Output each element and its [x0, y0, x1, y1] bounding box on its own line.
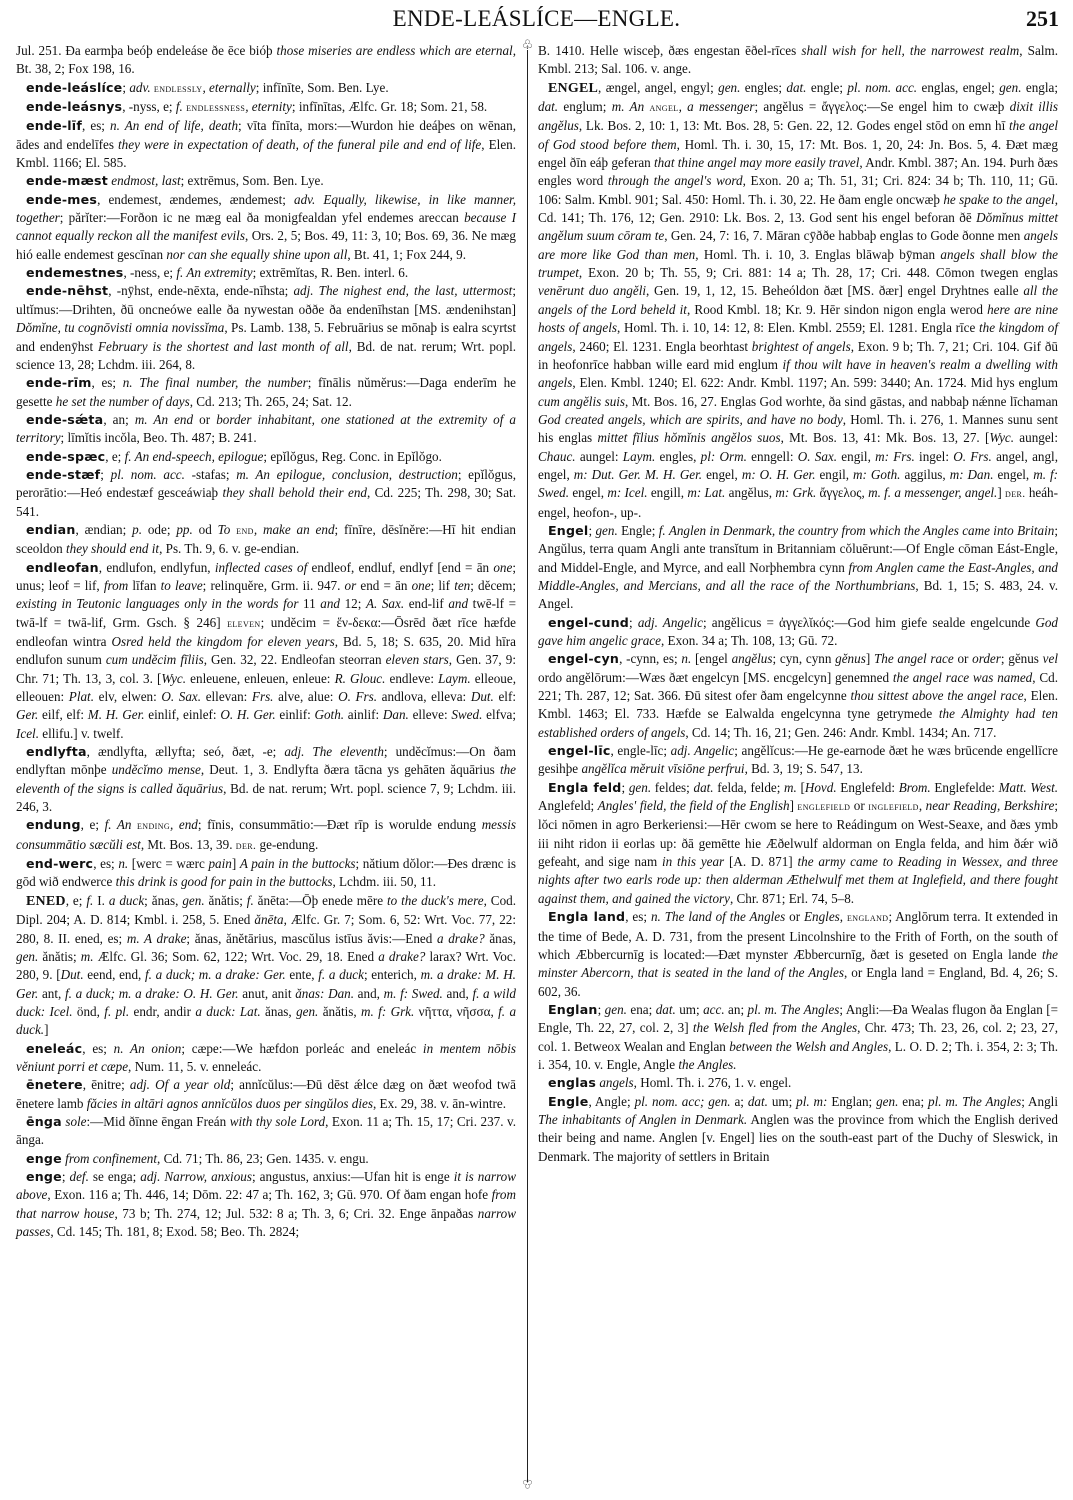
italic-text: that thine angel may more easily travel — [654, 155, 859, 170]
headword: Engle — [548, 1094, 588, 1109]
italic-text: m. — [81, 949, 94, 964]
italic-text: pl. m. The Angles — [748, 1002, 840, 1017]
italic-text: O. Sax. — [161, 689, 201, 704]
italic-text: undĕcĭmo mense — [112, 762, 201, 777]
italic-text: m: Lat. — [687, 485, 725, 500]
right-column: B. 1410. Helle wisceþ, ðæs engestan ēðel… — [538, 42, 1058, 1166]
headword: endemestnes — [26, 265, 123, 280]
entry-text: ; — [629, 615, 638, 630]
italic-text: Engles — [804, 909, 840, 924]
italic-text: m: Goth. — [853, 467, 900, 482]
dictionary-entry: Englan; gen. ena; dat. um; acc. an; pl. … — [538, 1001, 1058, 1074]
italic-text: a duck — [109, 893, 144, 908]
italic-text: R. Glouc. — [335, 671, 386, 686]
italic-text: ănēta — [254, 912, 283, 927]
italic-text: p. — [132, 522, 142, 537]
entry-text: ; infīnīte, Som. Ben. Lye. — [256, 80, 389, 95]
dictionary-entry: Engle, Angle; pl. nom. acc; gen. a; dat.… — [538, 1093, 1058, 1166]
headword: ende-rīm — [26, 375, 92, 390]
entry-text: , — [919, 798, 926, 813]
italic-text: n. The land of the Angles — [651, 909, 785, 924]
entry-text: , Exon. 116 a; Th. 446, 14; Dōm. 22: 47 … — [47, 1187, 491, 1202]
italic-text: f. Anglen in Denmark, the country from w… — [659, 523, 1055, 538]
italic-text: brightest of angels — [752, 339, 851, 354]
headword: ende-leáslíce — [26, 80, 122, 95]
entry-text: or — [954, 651, 972, 666]
dictionary-entry: ende-mæst endmost, last; extrēmus, Som. … — [16, 172, 516, 190]
italic-text: Laym. — [438, 671, 471, 686]
entry-text: , Mt. Bos. 13, 39. — [141, 837, 236, 852]
entry-text: , Rood Kmbl. 18; Kr. 9. Hēr sindon nigon… — [687, 302, 987, 317]
italic-text: pl: Orm. — [701, 449, 747, 464]
italic-text: a drake? — [378, 949, 425, 964]
entry-text: ] — [866, 651, 874, 666]
italic-text: thou sittest above the angel race — [850, 688, 1023, 703]
entry-text: einlif: — [276, 707, 315, 722]
entry-text: engel, — [702, 467, 742, 482]
entry-text: , Gen. 19, 1, 12, 15. Beheóldon ðæt [MS.… — [646, 283, 1023, 298]
entry-text: einlif, einlef: — [145, 707, 221, 722]
entry-text: endleve: — [385, 671, 438, 686]
italic-text: m. f: Grk. — [361, 1004, 414, 1019]
entry-text: ; — [62, 1169, 70, 1184]
italic-text: cum angĕlis suis — [538, 394, 625, 409]
entry-text: , -nyss, e; — [122, 99, 176, 114]
italic-text: f. a duck — [318, 967, 364, 982]
entry-text: eend, end, — [84, 967, 145, 982]
entry-text: [werc = wærc — [128, 856, 208, 871]
entry-text: ode; — [142, 522, 176, 537]
italic-text: with thy sole Lord — [230, 1114, 325, 1129]
headword: endleofan — [26, 560, 99, 575]
italic-text: Plat. — [69, 689, 94, 704]
italic-text: , a messenger — [679, 99, 755, 114]
headword: ēnetere — [26, 1077, 83, 1092]
italic-text: dat. — [656, 1002, 676, 1017]
entry-text: englum; — [558, 99, 612, 114]
italic-text: pl. nom. acc. — [847, 80, 917, 95]
italic-text: m: Frs. — [875, 449, 915, 464]
dictionary-entry: endlyfta, ændlyfta, ællyfta; seó, ðæt, -… — [16, 743, 516, 816]
entry-text: Englefeld: — [837, 780, 899, 795]
entry-text: , Bd. 3, 19; S. 547, 13. — [745, 761, 863, 776]
italic-text: eleven stars — [386, 652, 449, 667]
italic-text: this drink is good for pain in the butto… — [116, 874, 333, 889]
dictionary-entry: engel-līc, engle-līc; adj. Angelic; angĕ… — [538, 742, 1058, 779]
italic-text: pl. nom. acc. — [111, 467, 185, 482]
entry-text: ordo angĕlōrum:—Wæs ðæt engelcyn [MS. en… — [538, 670, 893, 685]
italic-text: to the duck's mere — [387, 893, 484, 908]
headword: ende-spæc — [26, 449, 105, 464]
entry-text: elf: — [494, 689, 516, 704]
italic-text: gen. — [629, 780, 651, 795]
italic-text: February is the shortest and last month … — [98, 339, 349, 354]
headword: ende-mes — [26, 192, 97, 207]
entry-text: līfan — [128, 578, 160, 593]
entry-text: , an; — [103, 412, 135, 427]
italic-text: m. A drake — [127, 931, 187, 946]
italic-text: adj. The eleventh — [284, 744, 384, 759]
entry-text: and, — [354, 986, 384, 1001]
entry-text: , Cd. 14; Th. 16, 21; Gen. 246: Andr. Km… — [685, 725, 996, 740]
italic-text: dat. — [748, 1094, 768, 1109]
entry-text: ] — [997, 485, 1005, 500]
entry-text: ena; — [627, 1002, 656, 1017]
italic-text: adv. — [129, 80, 154, 95]
entry-text: andlova, elleva: — [377, 689, 471, 704]
dictionary-entry: ende-leáslíce; adv. endlessly, eternally… — [16, 79, 516, 98]
dictionary-entry: end-werc, es; n. [werc = wærc pain] A pa… — [16, 855, 516, 892]
italic-text: The inhabitants of Anglen in Denmark. — [538, 1112, 747, 1127]
headword: endlyfta — [26, 744, 87, 759]
entry-text: ; dĕcem; — [470, 578, 516, 593]
italic-text: m: Grk. — [775, 485, 816, 500]
entry-text: , e; — [105, 449, 124, 464]
italic-text: they should end it — [66, 541, 159, 556]
entry-text: -stafas; — [185, 467, 236, 482]
entry-text: end-lif — [404, 596, 448, 611]
small-caps-text: england — [847, 912, 888, 924]
entry-text: ; extrēmus, Som. Ben. Lye. — [181, 173, 324, 188]
italic-text: adj. Angelic — [671, 743, 735, 758]
entry-text: ena; — [898, 1094, 928, 1109]
italic-text: order — [972, 651, 1001, 666]
italic-text: A pain in the buttocks — [240, 856, 356, 871]
dictionary-entry: ende-spæc, e; f. An end-speech, epilogue… — [16, 448, 516, 466]
small-caps-text: der. — [236, 840, 256, 852]
entry-text: ; ănas, ănĕtārius, mascŭlus istīus ăvis:… — [186, 931, 437, 946]
entry-text: , endemest, ændemes, ændemest; — [97, 192, 294, 207]
italic-text: one — [493, 560, 512, 575]
entry-text: ; — [622, 780, 629, 795]
italic-text: O. H. Ger. — [220, 707, 275, 722]
entry-text: , Homl. Th. i. 10, 3. Englas blāwaþ bȳma… — [695, 247, 940, 262]
dictionary-entry: ende-stæf; pl. nom. acc. -stafas; m. An … — [16, 466, 516, 521]
headword: Engla land — [548, 909, 625, 924]
italic-text: Osred held the kingdom for eleven years — [111, 634, 334, 649]
italic-text: m: O. H. Ger. — [742, 467, 816, 482]
entry-text: , Bt. 41, 1; Fox 244, 9. — [347, 247, 466, 262]
entry-text: , Angle; — [588, 1094, 634, 1109]
small-caps-text: eleven — [227, 618, 261, 630]
italic-text: gen. — [16, 949, 38, 964]
italic-text: dat. — [786, 80, 806, 95]
italic-text: dat. — [694, 780, 714, 795]
entry-text: Ælfc. Gl. 36; Som. 62, 122; Wrt. Voc. 29… — [94, 949, 379, 964]
entry-text: endr, andir — [129, 1004, 195, 1019]
italic-text: cum undĕcim fīliis — [106, 652, 204, 667]
italic-text: and — [320, 596, 340, 611]
entry-text: B. 1410. Helle wisceþ, ðæs engestan ēðel… — [538, 43, 801, 58]
small-caps-text: der. — [1005, 488, 1025, 500]
italic-text: dat. — [538, 99, 558, 114]
entry-text: , Cd. 145; Th. 181, 8; Exod. 58; Beo. Th… — [50, 1224, 299, 1239]
dictionary-entry: engel-cyn, -cynn, es; n. [engel angĕlus;… — [538, 650, 1058, 742]
entry-text: , Chr. 871; Erl. 74, 5–8. — [730, 891, 854, 906]
dictionary-entry: ENED, e; f. I. a duck; ănas, gen. ănătis… — [16, 892, 516, 1040]
dictionary-entry: Engla feld; gen. feldes; dat. felda, fel… — [538, 779, 1058, 908]
dictionary-entry: enge; def. se enga; adj. Narrow, anxious… — [16, 1168, 516, 1241]
entry-text: ; līmĭtis incŏla, Beo. Th. 487; B. 241. — [61, 430, 257, 445]
entry-text: end = ān — [356, 578, 411, 593]
headword: ende-leásnys — [26, 99, 122, 114]
dictionary-entry: ende-nēhst, -nȳhst, ende-nēxta, ende-nīh… — [16, 282, 516, 374]
entry-text: enleuene, enleuen, enleue: — [186, 671, 335, 686]
entry-text: , -cynn, es; — [619, 651, 681, 666]
entry-text: ănēta:—Ōþ enede mēre — [254, 893, 387, 908]
italic-text: f. An — [105, 817, 137, 832]
page-header: ENDE-LEÁSLÍCE—ENGLE. 251 — [0, 4, 1073, 38]
italic-text: f. — [247, 893, 254, 908]
italic-text: Wyc. — [161, 671, 186, 686]
entry-text: Anglefeld; — [538, 798, 598, 813]
headword: engel-cyn — [548, 651, 619, 666]
headword: enge — [26, 1151, 62, 1166]
entry-text: ingel: — [915, 449, 953, 464]
entry-text: Jul. 251. Ða earmþa beóþ endeleáse ðe ēc… — [16, 43, 276, 58]
entry-text: ] — [44, 1022, 48, 1037]
entry-text: νῆττα, νῆσσα, — [414, 1004, 498, 1019]
italic-text: Angles' field, the field of the English — [598, 798, 790, 813]
italic-text: f. An end-speech, epilogue — [125, 449, 264, 464]
italic-text: Chauc. — [538, 449, 576, 464]
entry-text: , Homl. Th. i. 276, 1. v. engel. — [634, 1075, 792, 1090]
entry-text: ; cæpe:—We hæfdon porleác and eneleác — [181, 1041, 423, 1056]
entry-text: , Elen. Kmbl. 1240; El. 622: Andr. Kmbl.… — [572, 375, 1058, 390]
italic-text: through the angel's word — [608, 173, 743, 188]
entry-text: ănas, — [485, 931, 516, 946]
entry-text: ; epĭlŏgus, Reg. Conc. in Epĭlŏgo. — [263, 449, 441, 464]
italic-text: Dut. — [471, 689, 494, 704]
italic-text: shall wish for hell, the narrowest realm — [801, 43, 1019, 58]
italic-text: venērunt duo angĕli — [538, 283, 646, 298]
headword: end-werc — [26, 856, 93, 871]
italic-text: and — [448, 596, 468, 611]
dictionary-entry: ēnga sole:—Mid ðīnne ēngan Freán with th… — [16, 1113, 516, 1150]
entry-text: ] — [232, 856, 240, 871]
italic-text: m. f: Swed. — [384, 986, 443, 1001]
italic-text: To — [218, 522, 237, 537]
italic-text: God created angels, which are spirits, a… — [538, 412, 843, 427]
italic-text: the angel race was named — [893, 670, 1032, 685]
entry-text: ănătis; — [38, 949, 81, 964]
entry-text: elv, elwen: — [94, 689, 161, 704]
italic-text: vel — [1043, 651, 1058, 666]
entry-text: ente, — [286, 967, 319, 982]
entry-text: or — [193, 412, 216, 427]
headword: ende-nēhst — [26, 283, 108, 298]
dictionary-page: ENDE-LEÁSLÍCE—ENGLE. 251 ♧ ♧ Jul. 251. Ð… — [0, 0, 1073, 1500]
italic-text: The angel race — [874, 651, 954, 666]
entry-text: [engel — [691, 651, 731, 666]
italic-text: near Reading, Berkshire — [926, 798, 1055, 813]
entry-text: , Ex. 29, 38. v. ān-wintre. — [373, 1096, 506, 1111]
entry-text: enngell: — [747, 449, 798, 464]
italic-text: f. pl. — [104, 1004, 129, 1019]
italic-text: ănas: Dan. — [295, 986, 354, 1001]
entry-text: , Ps. Th. 9, 6. v. ge-endian. — [159, 541, 299, 556]
entry-text: , es; — [93, 856, 118, 871]
entry-text: se enga; — [89, 1169, 140, 1184]
entry-text: um; — [768, 1094, 796, 1109]
italic-text: O. Frs. — [338, 689, 377, 704]
italic-text: Hovd. — [805, 780, 837, 795]
italic-text: gen. — [876, 1094, 898, 1109]
italic-text: adj. Narrow, anxious — [140, 1169, 252, 1184]
entry-text: engel, — [569, 485, 607, 500]
italic-text: M. H. Ger. — [88, 707, 145, 722]
headword: ENED — [26, 894, 66, 909]
entry-text: ; enterich, — [364, 967, 421, 982]
entry-text: ; gĕnus — [1001, 651, 1043, 666]
italic-text: Swed. — [451, 707, 482, 722]
entry-text: , ængel, angel, engyl; — [598, 80, 718, 95]
italic-text: m. An epilogue, conclusion, destruction — [236, 467, 458, 482]
italic-text: sole — [65, 1114, 86, 1129]
entry-text: ănătis, — [318, 1004, 361, 1019]
entry-text: I. — [93, 893, 109, 908]
italic-text: n. An onion — [114, 1041, 182, 1056]
headword: Engel — [548, 523, 588, 538]
italic-text: Frs. — [252, 689, 274, 704]
italic-text: gĕnus — [835, 651, 866, 666]
entry-text: ănătis; — [205, 893, 247, 908]
italic-text: , end — [170, 817, 198, 832]
entry-text: , ændian; — [76, 522, 133, 537]
italic-text: the Welsh fled from the Angles — [693, 1020, 857, 1035]
dictionary-entry: ende-līf, es; n. An end of life, death; … — [16, 117, 516, 172]
italic-text: f. An extremity — [176, 265, 252, 280]
column-divider — [527, 50, 528, 1482]
headword: engel-līc — [548, 743, 611, 758]
italic-text: adj. The nighest end, the last, uttermos… — [293, 283, 512, 298]
dictionary-entry: ende-sǽta, an; m. An end or border inhab… — [16, 411, 516, 448]
entry-text: um; — [676, 1002, 703, 1017]
italic-text: Dut. — [61, 967, 84, 982]
entry-text: , Cd. 213; Th. 265, 24; Sat. 12. — [190, 394, 352, 409]
entry-text: ; angĕlicus = ἀγγελῐκός:—God him giefe s… — [703, 615, 1035, 630]
small-caps-text: endlessness — [186, 102, 245, 114]
italic-text: nor can she equally shine upon all — [166, 247, 347, 262]
entry-text: önd, — [73, 1004, 105, 1019]
entry-text: ; cyn, cynn — [772, 651, 835, 666]
entry-text: ; părĭter:—Forðon ic ne mæg eal ða monig… — [60, 210, 464, 225]
entry-text: , Num. 11, 5. v. enneleác. — [128, 1059, 261, 1074]
entry-text: ănas, — [261, 1004, 296, 1019]
entry-text: alve, alue: — [273, 689, 338, 704]
italic-text: gen. — [182, 893, 204, 908]
entry-text: ellifu.] v. twelf. — [39, 726, 124, 741]
entry-text: felda, felde; — [714, 780, 784, 795]
entry-text: ; ănas, — [144, 893, 182, 908]
entry-text: ; lif — [431, 578, 455, 593]
italic-text: adj. Of a year old — [130, 1077, 230, 1092]
entry-text: Englefelde: — [931, 780, 999, 795]
entry-text: , Lchdm. iii. 50, 11. — [332, 874, 436, 889]
italic-text: gen. — [718, 80, 740, 95]
dictionary-entry: Jul. 251. Ða earmþa beóþ endeleáse ðe ēc… — [16, 42, 516, 79]
headword: ēnga — [26, 1114, 62, 1129]
headword: engel-cund — [548, 615, 629, 630]
dictionary-entry: ENGEL, ængel, angel, engyl; gen. engles;… — [538, 79, 1058, 522]
dictionary-entry: ende-leásnys, -nyss, e; f. endlessness, … — [16, 98, 516, 117]
italic-text: gen. — [999, 80, 1021, 95]
entry-text: 11 — [298, 596, 320, 611]
dictionary-entry: ende-rīm, es; n. The final number, the n… — [16, 374, 516, 411]
italic-text: ten — [454, 578, 470, 593]
italic-text: n. The final number, the number — [123, 375, 308, 390]
italic-text: inflected cases of — [215, 560, 307, 575]
entry-text: , 2460; El. 1231. Engla beorhtast — [572, 339, 751, 354]
entry-text: od — [193, 522, 218, 537]
entry-text: , Gen. 32, 22. Endleofan steorran — [204, 652, 386, 667]
entry-text: , Deut. 1, 3. Endlyfta ðæra tācna ys geh… — [201, 762, 500, 777]
entry-text: Englan; — [827, 1094, 876, 1109]
entry-text: ; infīnītas, Ælfc. Gr. 18; Som. 21, 58. — [292, 99, 487, 114]
italic-text: Wyc. — [989, 430, 1014, 445]
entry-text: , es; — [92, 375, 123, 390]
dictionary-entry: Engel; gen. Engle; f. Anglen in Denmark,… — [538, 522, 1058, 614]
italic-text: angĕlus — [732, 651, 773, 666]
italic-text: between the Welsh and Angles — [729, 1039, 888, 1054]
italic-text: Ger. — [16, 707, 38, 722]
italic-text: Icel. — [16, 726, 39, 741]
entry-text: Engle; — [618, 523, 659, 538]
entry-text: , endlufon, endlyfun, — [99, 560, 215, 575]
dictionary-entry: eneleác, es; n. An onion; cæpe:—We hæfdo… — [16, 1040, 516, 1077]
dictionary-entry: Engla land, es; n. The land of the Angle… — [538, 908, 1058, 1001]
italic-text: angĕlĭca mĕruit vīsiōne perfrui — [581, 761, 744, 776]
italic-text: angels — [599, 1075, 633, 1090]
italic-text: or — [345, 578, 357, 593]
italic-text: O. Frs. — [953, 449, 992, 464]
italic-text: gen. — [605, 1002, 627, 1017]
entry-text: , es; — [82, 118, 110, 133]
italic-text: Brom. — [899, 780, 931, 795]
entry-text: :—Mid ðīnne ēngan Freán — [87, 1114, 230, 1129]
small-caps-text: endlessly — [154, 83, 203, 95]
entry-text: , — [840, 909, 847, 924]
italic-text: the Angles. — [678, 1057, 736, 1072]
italic-text: acc. — [703, 1002, 725, 1017]
entry-text: ; extrēmĭtas, R. Ben. interl. 6. — [253, 265, 408, 280]
italic-text: m. An end — [135, 412, 193, 427]
italic-text: , eternity — [245, 99, 292, 114]
entry-text: ; relinquĕre, Grm. ii. 947. — [203, 578, 345, 593]
dictionary-entry: endemestnes, -ness, e; f. An extremity; … — [16, 264, 516, 282]
headword: ENGEL — [548, 81, 598, 96]
entry-text: engill, — [648, 485, 688, 500]
italic-text: , eternally — [202, 80, 255, 95]
entry-text: , e; — [66, 893, 87, 908]
headword: ende-stæf — [26, 467, 100, 482]
headword: ende-līf — [26, 118, 82, 133]
entry-text: engla; — [1022, 80, 1059, 95]
entry-text: and, — [443, 986, 473, 1001]
entry-text: engil, — [837, 449, 875, 464]
entry-text: , engle-līc; — [611, 743, 671, 758]
dictionary-entry: ende-mes, endemest, ændemes, ændemest; a… — [16, 191, 516, 264]
entry-text: ; — [100, 467, 110, 482]
dictionary-entry: ēnetere, ēnitre; adj. Of a year old; ann… — [16, 1076, 516, 1113]
running-head: ENDE-LEÁSLÍCE—ENGLE. — [0, 6, 1073, 32]
entry-text: or — [785, 909, 804, 924]
column-rule-ornament-bottom-icon: ♧ — [519, 1476, 536, 1490]
italic-text: a duck: Lat. — [195, 1004, 260, 1019]
dictionary-entry: englas angels, Homl. Th. i. 276, 1. v. e… — [538, 1074, 1058, 1092]
italic-text: Laym. — [623, 449, 656, 464]
entry-text: engles; — [740, 80, 786, 95]
